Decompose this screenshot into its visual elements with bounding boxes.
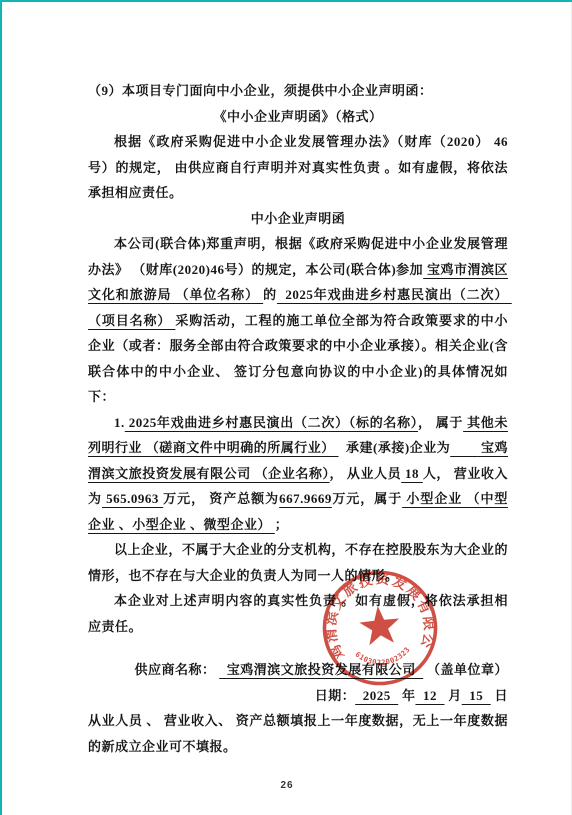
static-text: 从业人员 、 营业收入、 资产总额填报上一年度数据，无上一年度数据的新成立企业可…	[88, 713, 508, 754]
static-text: （盖单位章）	[423, 662, 508, 677]
format-title: 《中小企业声明函》（格式）	[88, 104, 508, 130]
document-page: （9）本项目专门面向中小企业，须提供中小企业声明函： 《中小企业声明函》（格式）…	[0, 0, 572, 815]
clause-9-line: （9）本项目专门面向中小企业，须提供中小企业声明函：	[88, 78, 508, 104]
static-text: 以上企业，不属于大企业的分支机构，不存在控股股东为大企业的情形，也不存在与大企业…	[88, 542, 508, 583]
static-text: 年	[398, 688, 415, 703]
filled-in-field: 2025年戏曲进乡村惠民演出（二次）（标的名称）	[125, 415, 418, 430]
static-text: 中小企业声明函	[251, 211, 346, 226]
filled-in-field: 2025	[355, 688, 398, 703]
filled-in-field: 565.0963	[102, 491, 163, 506]
static-text: 根据《政府采购促进中小企业发展管理办法》（财库（2020） 46号）的规定， 由…	[88, 134, 508, 200]
filled-in-field: 小型企业	[402, 491, 466, 506]
static-text: （9）本项目专门面向中小企业，须提供中小企业声明函：	[88, 83, 433, 98]
signature-block: 供应商名称： 宝鸡渭滨文旅投资发展有限公司 （盖单位章） 日期： 2025 年 …	[88, 657, 508, 708]
static-text: 1.	[114, 415, 125, 430]
static-text: 日期：	[315, 688, 356, 703]
filled-in-field: 宝鸡渭滨文旅投资发展有限公司	[219, 662, 423, 677]
page-number: 26	[2, 780, 572, 791]
static-text: 供应商名称：	[134, 662, 219, 677]
filled-in-field: 18	[401, 466, 423, 481]
filled-in-field	[450, 440, 477, 455]
declaration-title: 中小企业声明函	[88, 206, 508, 232]
static-text: 本企业对上述声明内容的真实性负责 。如有虚假，将依法承担相应责任。	[88, 593, 508, 634]
filled-in-field: 667.9669	[279, 491, 332, 506]
responsibility-paragraph: 本企业对上述声明内容的真实性负责 。如有虚假，将依法承担相应责任。	[88, 588, 508, 639]
static-text: 的	[263, 287, 277, 302]
date-line: 日期： 2025 年 12 月 15 日	[88, 683, 508, 709]
static-text: ；	[275, 517, 289, 532]
static-text: 日	[491, 688, 508, 703]
filled-in-field: 15	[462, 688, 491, 703]
static-text: 万元， 资产总额为	[163, 491, 279, 506]
static-text: 《中小企业声明函》（格式）	[213, 109, 382, 124]
static-text: 月	[444, 688, 461, 703]
note-paragraph: 从业人员 、 营业收入、 资产总额填报上一年度数据，无上一年度数据的新成立企业可…	[88, 708, 508, 759]
static-text: 承建(承接)企业为	[339, 440, 451, 455]
not-large-enterprise-paragraph: 以上企业，不属于大企业的分支机构，不存在控股股东为大企业的情形，也不存在与大企业…	[88, 537, 508, 588]
declaration-body: 本公司(联合体)郑重声明，根据《政府采购促进中小企业发展管理办法》 （财库(20…	[88, 231, 508, 410]
static-text: ， 属于	[418, 415, 463, 430]
basis-paragraph: 根据《政府采购促进中小企业发展管理办法》（财库（2020） 46号）的规定， 由…	[88, 129, 508, 206]
item-1-paragraph: 1. 2025年戏曲进乡村惠民演出（二次）（标的名称）， 属于 其他未列明行业 …	[88, 410, 508, 538]
static-text: 万元，属于	[332, 491, 402, 506]
static-text: ， 从业人员	[330, 466, 402, 481]
supplier-name-line: 供应商名称： 宝鸡渭滨文旅投资发展有限公司 （盖单位章）	[88, 657, 508, 683]
document-content: （9）本项目专门面向中小企业，须提供中小企业声明函： 《中小企业声明函》（格式）…	[88, 78, 508, 759]
filled-in-field: 12	[415, 688, 444, 703]
